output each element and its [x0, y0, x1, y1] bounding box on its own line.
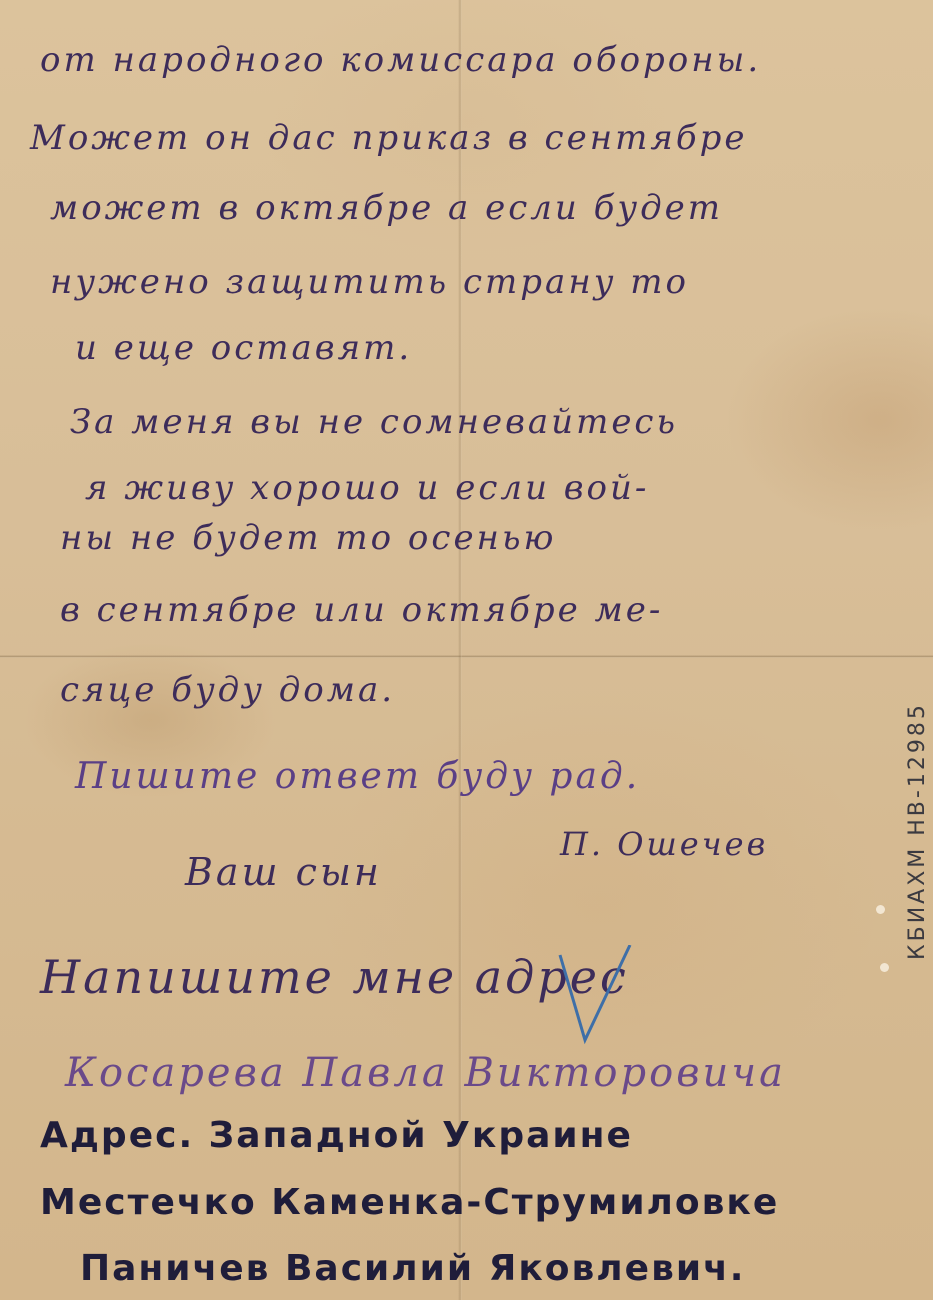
address-line-3: Паничев Василий Яковлевич.	[80, 1248, 745, 1289]
blue-checkmark	[555, 945, 635, 1045]
request-line: Напишите мне адрес	[40, 950, 629, 1004]
letter-line-2: Может он дас приказ в сентябре	[30, 118, 747, 158]
signature: П. Ошечев	[560, 825, 768, 863]
letter-line-11: Пишите ответ буду рад.	[75, 756, 640, 797]
letter-line-6: За меня вы не сомневайтесь	[70, 402, 678, 442]
name-line: Косарева Павла Викторовича	[65, 1050, 786, 1096]
letter-line-10: сяце буду дома.	[60, 670, 395, 710]
letter-line-3: может в октябре а если будет	[50, 188, 723, 228]
horizontal-fold	[0, 655, 933, 658]
address-line-2: Местечко Каменка-Струмиловке	[40, 1182, 779, 1223]
letter-line-7: я живу хорошо и если вой-	[85, 468, 649, 508]
closing: Ваш сын	[185, 850, 382, 894]
letter-line-8: ны не будет то осенью	[60, 518, 556, 558]
letter-line-9: в сентябре или октябре ме-	[60, 590, 663, 630]
address-line-1: Адрес. Западной Украине	[40, 1115, 633, 1156]
letter-line-1: от народного комиссара обороны.	[40, 40, 761, 80]
pin-hole	[880, 963, 889, 972]
archive-stamp: КБИАХМ НВ-12985	[905, 702, 930, 960]
letter-line-4: нужено защитить страну то	[50, 262, 689, 302]
letter-line-5: и еще оставят.	[75, 328, 412, 368]
letter-sheet: от народного комиссара обороны. Может он…	[0, 0, 933, 1300]
pin-hole	[876, 905, 885, 914]
